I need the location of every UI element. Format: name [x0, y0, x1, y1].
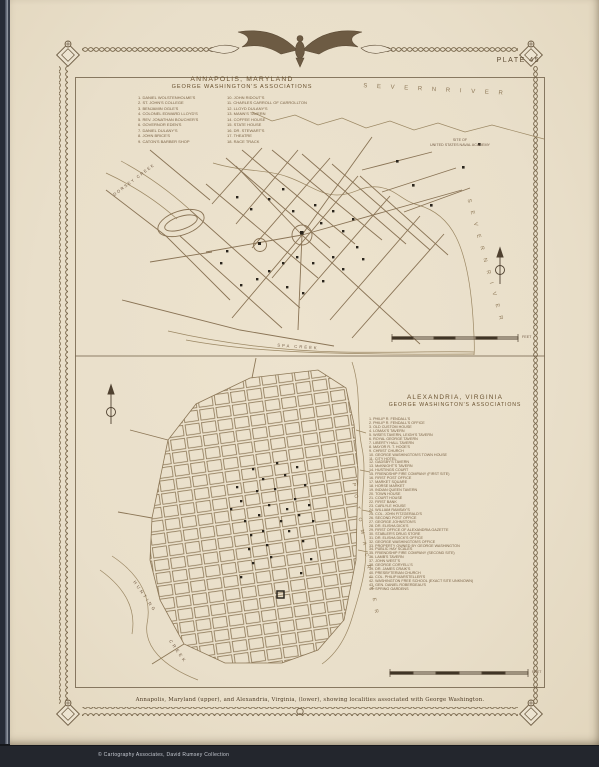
city-grid-alexandria	[150, 370, 358, 663]
race-track-oval	[154, 204, 207, 242]
street-network-annapolis	[106, 137, 470, 346]
alexandria-scale-feet-label: FEET	[532, 670, 541, 674]
scanned-atlas-plate: © Cartography Associates, David Rumsey C…	[0, 0, 599, 767]
eagle-emblem	[208, 31, 392, 67]
annapolis-title: ANNAPOLIS, MARYLAND	[122, 76, 362, 83]
alexandria-subtitle: GEORGE WASHINGTON'S ASSOCIATIONS	[365, 402, 545, 408]
dorsey-creek-line	[106, 173, 177, 219]
alexandria-title: ALEXANDRIA, VIRGINIA	[365, 394, 545, 401]
alexandria-legend-item: 44. SPRING GARDENS	[369, 588, 473, 592]
compass-north-alexandria	[107, 385, 116, 424]
scale-bar-alexandria	[390, 669, 528, 677]
annapolis-legend-right: 10. JOHN RIDOUT'S11. CHARLES CARROLL OF …	[227, 95, 307, 144]
dorsey-creek-line	[121, 161, 189, 209]
annapolis-scale-feet-label: FEET	[522, 335, 531, 339]
plate-caption: Annapolis, Maryland (upper), and Alexand…	[80, 697, 540, 703]
annapolis-subtitle: GEORGE WASHINGTON'S ASSOCIATIONS	[122, 84, 362, 90]
compass-north-annapolis	[496, 248, 505, 284]
corner-crest-top-left	[57, 41, 80, 66]
naval-academy-label: SITE OF UNITED STATES NAVAL ACADEMY	[395, 138, 525, 148]
alexandria-legend: 1. PHILIP R. FENDALL'S2. PHILIP R. FENDA…	[369, 418, 473, 592]
naval-academy-label-line2: UNITED STATES NAVAL ACADEMY	[395, 143, 525, 148]
annapolis-legend-left: 1. DANIEL WOLSTENHOLME'S2. ST. JOHN'S CO…	[138, 95, 198, 144]
plate-number: PLATE 45	[460, 57, 540, 64]
annapolis-legend-item: 18. RACE TRACK	[227, 139, 307, 144]
annapolis-legend-item: 9. CATON'S BARBER SHOP	[138, 139, 198, 144]
annapolis-legend-item: 4. COLONEL EDWARD LLOYD'S	[138, 111, 198, 116]
